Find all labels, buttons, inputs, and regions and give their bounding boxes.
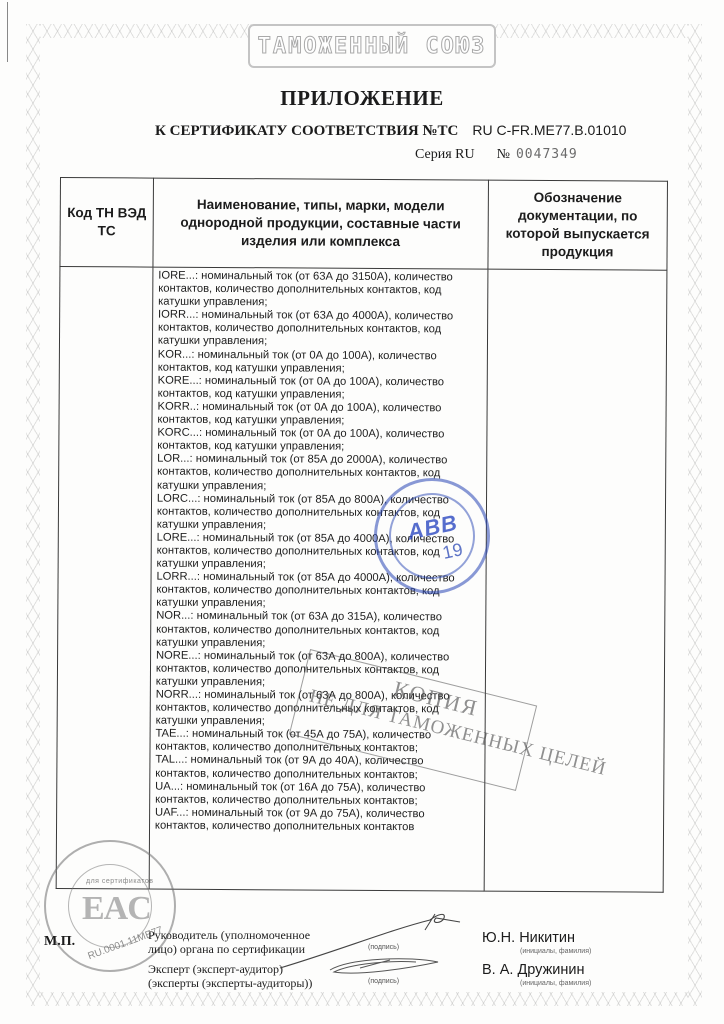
list-item: UAF...: номинальный ток (от 9А до 75А), … xyxy=(155,806,478,834)
stamp-number: 19 xyxy=(441,539,465,564)
blank-number: 0047349 xyxy=(516,147,578,162)
eac-stamp-caption: для сертификатов xyxy=(86,878,154,885)
list-item: UA...: номинальный ток (от 16А до 75А), … xyxy=(155,780,478,808)
tn-ved-code-cell xyxy=(56,267,153,890)
document-title: ПРИЛОЖЕНИЕ xyxy=(0,86,724,111)
list-item: KORR..: номинальный ток (от 0А до 100А),… xyxy=(157,401,480,429)
eac-mark-icon: EAC xyxy=(82,890,151,928)
head-name: Ю.Н. Никитин xyxy=(482,930,575,946)
certificate-number: RU C-FR.ME77.B.01010 xyxy=(472,122,626,138)
table-row: IORE...: номинальный ток (от 63А до 3150… xyxy=(56,267,667,893)
header-tn-ved-code: Код ТН ВЭД ТС xyxy=(60,178,153,268)
list-item: KORC...: номинальный ток (от 0А до 100А)… xyxy=(157,427,480,455)
expert-signature-scrawl-icon xyxy=(320,952,450,982)
list-item: KORE...: номинальный ток (от 0А до 100А)… xyxy=(158,374,481,402)
list-item: KOR...: номинальный ток (от 0А до 100А),… xyxy=(158,348,481,376)
list-item: IORE...: номинальный ток (от 63А до 3150… xyxy=(158,270,481,311)
customs-union-banner: ТАМОЖЕННЫЙ СОЮЗ xyxy=(248,24,496,68)
products-table: Код ТН ВЭД ТС Наименование, типы, марки,… xyxy=(56,177,668,893)
scan-edge-mark xyxy=(7,2,8,62)
subtitle-text: К СЕРТИФИКАТУ СООТВЕТСТВИЯ №ТС xyxy=(155,123,458,139)
certificate-subtitle: К СЕРТИФИКАТУ СООТВЕТСТВИЯ №ТСRU C-FR.ME… xyxy=(155,122,626,140)
table-header-row: Код ТН ВЭД ТС Наименование, типы, марки,… xyxy=(60,178,668,271)
expert-name-hint: (инициалы, фамилия) xyxy=(520,980,591,987)
series-line: Серия RU№0047349 xyxy=(415,147,578,163)
header-documentation: Обозначение документации, по которой вып… xyxy=(488,180,668,270)
series-label: Серия RU xyxy=(415,147,475,162)
list-item: NOR...: номинальный ток (от 63А до 315А)… xyxy=(156,610,479,651)
seal-place-label: М.П. xyxy=(44,934,75,950)
number-label: № xyxy=(497,147,510,162)
header-product-name: Наименование, типы, марки, модели одноро… xyxy=(153,178,489,269)
documentation-cell xyxy=(484,269,667,892)
expert-name: В. А. Дружинин xyxy=(482,962,585,978)
expert-label-line-2: (эксперты (эксперты-аудиторы)) xyxy=(148,976,312,990)
list-item: IORR...: номинальный ток (от 63А до 4000… xyxy=(158,309,481,350)
head-name-hint: (инициалы, фамилия) xyxy=(520,948,591,955)
